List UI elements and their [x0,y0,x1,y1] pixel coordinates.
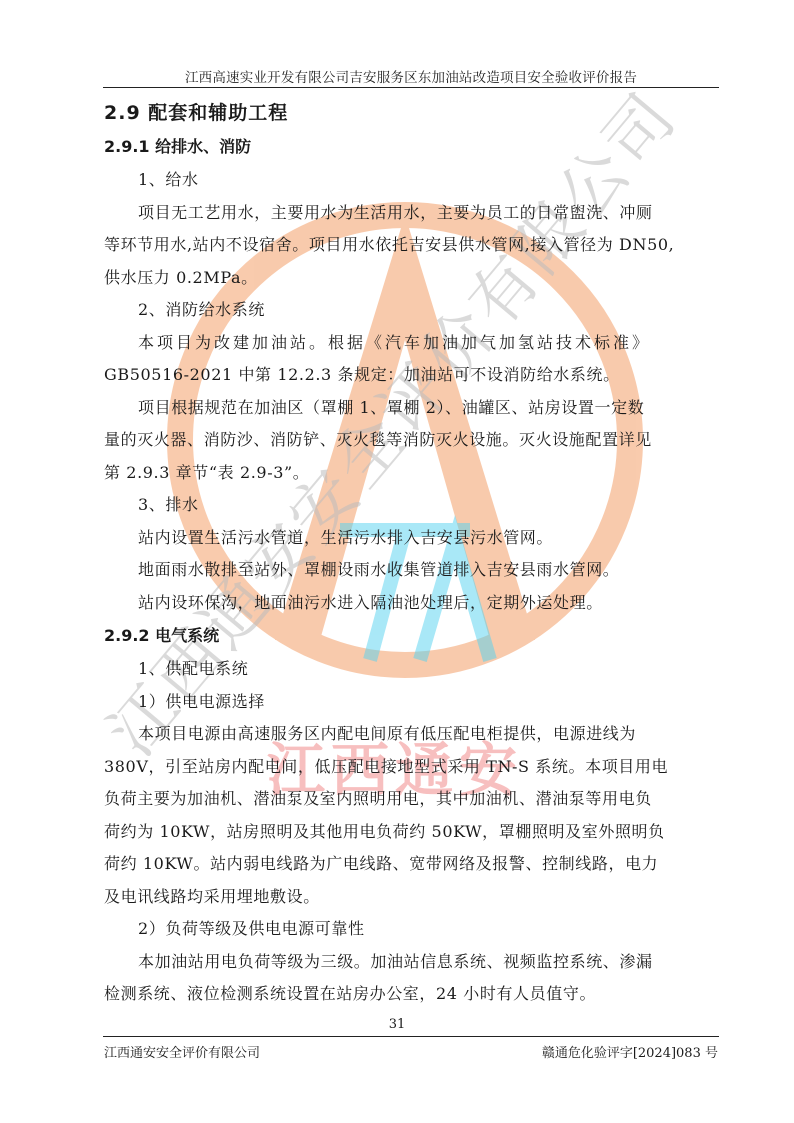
paragraph-line: 站内设置生活污水管道，生活污水排入吉安县污水管网。 [104,522,716,555]
footer-divider [103,1036,719,1037]
paragraph-line: 第 2.9.3 章节“表 2.9-3”。 [104,457,716,490]
paragraph-line: 本项目电源由高速服务区内配电间原有低压配电柜提供，电源进线为 [104,718,716,751]
paragraph-line: 1、给水 [104,164,716,197]
page-content: 2.9 配套和辅助工程 2.9.1 给排水、消防 1、给水 项目无工艺用水，主要… [104,96,716,1011]
paragraph-line: 供水压力 0.2MPa。 [104,262,716,295]
paragraph-line: 负荷主要为加油机、潜油泵及室内照明用电，其中加油机、潜油泵等用电负 [104,783,716,816]
page-header-title: 江西高速实业开发有限公司吉安服务区东加油站改造项目安全验收评价报告 [103,66,719,86]
document-page: 江西高速实业开发有限公司吉安服务区东加油站改造项目安全验收评价报告 2.9 配套… [0,0,794,1123]
paragraph-line: 本加油站用电负荷等级为三级。加油站信息系统、视频监控系统、渗漏 [104,946,716,979]
paragraph-line: 量的灭火器、消防沙、消防铲、灭火毯等消防灭火设施。灭火设施配置详见 [104,424,716,457]
paragraph-line: 380V，引至站房内配电间，低压配电接地型式采用 TN-S 系统。本项目用电 [104,751,716,784]
paragraph-line: 2、消防给水系统 [104,294,716,327]
subsection-heading: 2.9.1 给排水、消防 [104,130,716,164]
paragraph-line: 1、供配电系统 [104,653,716,686]
section-heading: 2.9 配套和辅助工程 [104,96,716,130]
paragraph-line: 站内设环保沟，地面油污水进入隔油池处理后，定期外运处理。 [104,587,716,620]
paragraph-line: 等环节用水,站内不设宿舍。项目用水依托吉安县供水管网,接入管径为 DN50, [104,229,716,262]
paragraph-line: 荷约 10KW。站内弱电线路为广电线路、宽带网络及报警、控制线路，电力 [104,848,716,881]
paragraph-line: 项目根据规范在加油区（罩棚 1、罩棚 2）、油罐区、站房设置一定数 [104,392,716,425]
subsection-heading: 2.9.2 电气系统 [104,619,716,653]
paragraph-line: 1）供电电源选择 [104,686,716,719]
footer-doc-number: 赣通危化验评字[2024]083 号 [542,1042,718,1061]
paragraph-line: 本项目为改建加油站。根据《汽车加油加气加氢站技术标准》 [104,327,716,360]
page-number: 31 [0,1017,794,1032]
paragraph-line: 2）负荷等级及供电电源可靠性 [104,913,716,946]
paragraph-line: 荷约为 10KW，站房照明及其他用电负荷约 50KW，罩棚照明及室外照明负 [104,816,716,849]
paragraph-line: 3、排水 [104,489,716,522]
paragraph-line: GB50516-2021 中第 12.2.3 条规定：加油站可不设消防给水系统。 [104,359,716,392]
footer-company: 江西通安安全评价有限公司 [104,1042,260,1061]
paragraph-line: 及电讯线路均采用埋地敷设。 [104,881,716,914]
paragraph-line: 地面雨水散排至站外、罩棚设雨水收集管道排入吉安县雨水管网。 [104,554,716,587]
paragraph-line: 项目无工艺用水，主要用水为生活用水，主要为员工的日常盥洗、冲厕 [104,197,716,230]
paragraph-line: 检测系统、液位检测系统设置在站房办公室，24 小时有人员值守。 [104,978,716,1011]
header-divider [103,87,719,88]
